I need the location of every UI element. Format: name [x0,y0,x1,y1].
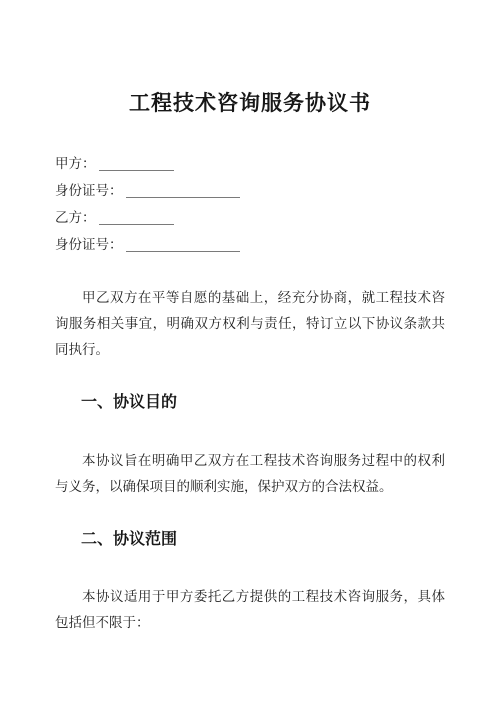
party-b-fill-in-blank [99,211,174,225]
party-a-label: 甲方： [55,156,96,171]
field-party-b-id: 身份证号： [55,231,445,258]
field-party-a: 甲方： [55,150,445,177]
document-title: 工程技术咨询服务协议书 [55,92,445,116]
section-1-heading: 一、协议目的 [55,393,445,413]
party-b-id-label: 身份证号： [55,237,123,252]
party-a-id-fill-in-blank [126,184,240,198]
section-1-body: 本协议旨在明确甲乙双方在工程技术咨询服务过程中的权利与义务，以确保项目的顺利实施… [55,448,445,500]
document-page: 工程技术咨询服务协议书 甲方： 身份证号： 乙方： 身份证号： 甲乙双方在平等自… [0,0,500,707]
party-a-id-label: 身份证号： [55,183,123,198]
party-b-id-fill-in-blank [126,238,240,252]
section-2-body: 本协议适用于甲方委托乙方提供的工程技术咨询服务，具体包括但不限于： [55,584,445,636]
party-b-label: 乙方： [55,210,96,225]
field-party-a-id: 身份证号： [55,177,445,204]
field-party-b: 乙方： [55,204,445,231]
party-fields: 甲方： 身份证号： 乙方： 身份证号： [55,150,445,258]
intro-paragraph: 甲乙双方在平等自愿的基础上，经充分协商，就工程技术咨询服务相关事宜，明确双方权利… [55,285,445,363]
party-a-fill-in-blank [99,157,174,171]
section-2-heading: 二、协议范围 [55,530,445,550]
